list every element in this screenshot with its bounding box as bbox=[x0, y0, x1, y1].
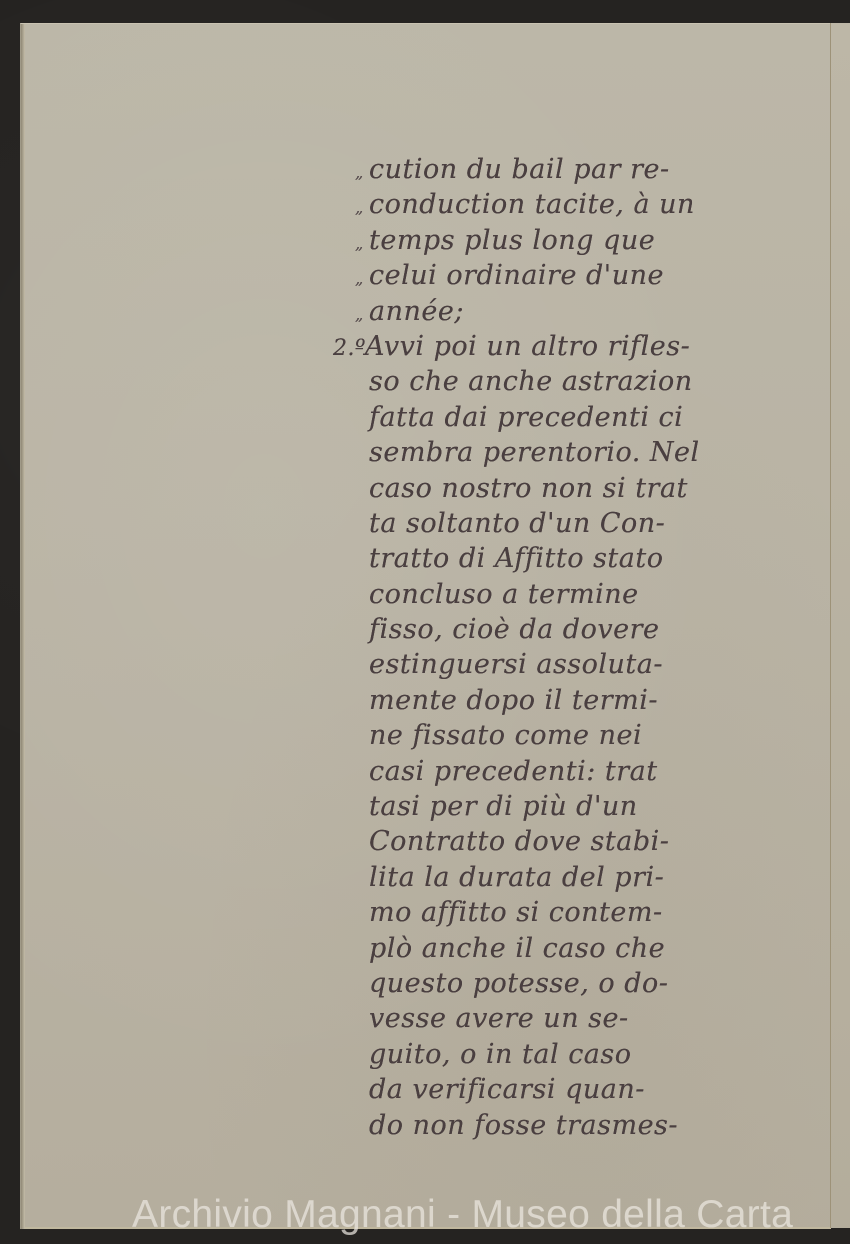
text-line: guito, o in tal caso bbox=[355, 1037, 825, 1072]
quote-mark: „ bbox=[355, 155, 369, 190]
text-line: sembra perentorio. Nel bbox=[355, 435, 825, 470]
text-line: tratto di Affitto stato bbox=[355, 541, 825, 576]
text-line: mente dopo il termi- bbox=[355, 683, 825, 718]
text-line: „conduction tacite, à un bbox=[355, 187, 825, 222]
text-line: ne fissato come nei bbox=[355, 718, 825, 753]
text-line: „temps plus long que bbox=[355, 223, 825, 258]
quote-mark: „ bbox=[355, 261, 369, 296]
text-line: mo affitto si contem- bbox=[355, 895, 825, 930]
text-line: lita la durata del pri- bbox=[355, 860, 825, 895]
text-line: „cution du bail par re- bbox=[355, 152, 825, 187]
text-line: fisso, cioè da dovere bbox=[355, 612, 825, 647]
text-line: do non fosse trasmes- bbox=[355, 1108, 825, 1143]
text-line: questo potesse, o do- bbox=[355, 966, 825, 1001]
text-line: da verificarsi quan- bbox=[355, 1072, 825, 1107]
handwritten-text-block: „cution du bail par re- „conduction taci… bbox=[355, 152, 825, 1143]
text-line: casi precedenti: trat bbox=[355, 754, 825, 789]
text-line: fatta dai precedenti ci bbox=[355, 400, 825, 435]
text-line: so che anche astrazion bbox=[355, 364, 825, 399]
item-number: 2.º bbox=[333, 331, 365, 366]
text-line: vesse avere un se- bbox=[355, 1001, 825, 1036]
quote-mark: „ bbox=[355, 190, 369, 225]
text-line: tasi per di più d'un bbox=[355, 789, 825, 824]
document-viewer: „cution du bail par re- „conduction taci… bbox=[0, 0, 850, 1244]
quote-mark: „ bbox=[355, 297, 369, 332]
text-line: „celui ordinaire d'une bbox=[355, 258, 825, 293]
next-page-edge bbox=[830, 23, 850, 1228]
text-line: Contratto dove stabi- bbox=[355, 824, 825, 859]
archive-watermark: Archivio Magnani - Museo della Carta bbox=[132, 1193, 793, 1237]
text-line: concluso a termine bbox=[355, 577, 825, 612]
text-line: 2.ºAvvi poi un altro rifles- bbox=[355, 329, 825, 364]
text-line: „année; bbox=[355, 294, 825, 329]
quote-mark: „ bbox=[355, 226, 369, 261]
text-line: estinguersi assoluta- bbox=[355, 647, 825, 682]
text-line: plò anche il caso che bbox=[355, 931, 825, 966]
text-line: ta soltanto d'un Con- bbox=[355, 506, 825, 541]
text-line: caso nostro non si trat bbox=[355, 471, 825, 506]
